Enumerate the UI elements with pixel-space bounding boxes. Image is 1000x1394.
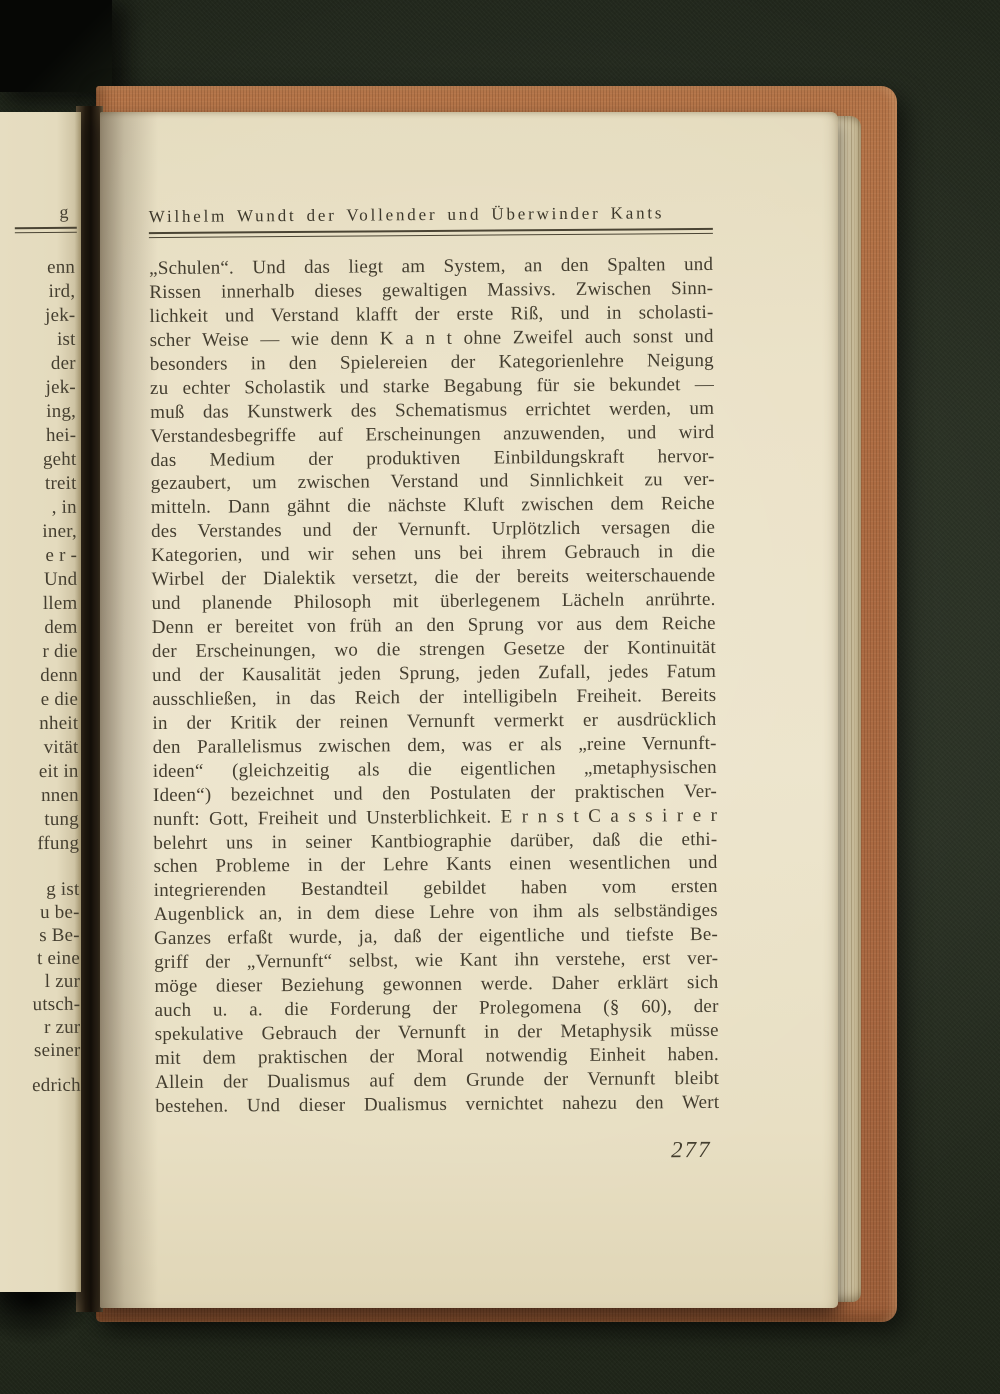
text-line: Verstandesbegriffe auf Erscheinungen anz…: [150, 420, 714, 448]
text-fragment: g ist: [5, 878, 81, 902]
header-double-rule: [149, 228, 713, 238]
text-fragment: iner,: [3, 520, 79, 545]
text-fragment: u be-: [6, 901, 82, 925]
page-number: 277: [156, 1136, 720, 1168]
text-fragment: s Be-: [6, 924, 82, 948]
text-fragment: t eine: [6, 947, 82, 971]
text-fragment: tung: [5, 808, 81, 833]
book-page: Wilhelm Wundt der Vollender und Überwind…: [100, 112, 838, 1308]
facing-fragments-top: ennird,jek-istderjek-ing,hei-gehttreit, …: [1, 256, 81, 857]
facing-page-sliver: g ennird,jek-istderjek-ing,hei-gehttreit…: [0, 112, 81, 1292]
text-fragment: eit in: [5, 760, 81, 785]
text-line: bestehen. Und dieser Dualismus vernichte…: [155, 1091, 719, 1119]
facing-fragments-middle: g istu be-s Be-t einel zurutsch-r zursei…: [5, 878, 82, 1063]
text-fragment: ffung: [5, 832, 81, 857]
text-fragment: , in: [3, 496, 79, 521]
text-fragment: r zur: [6, 1016, 82, 1040]
text-fragment: r die: [4, 640, 80, 665]
text-fragment: nnen: [5, 784, 81, 809]
text-fragment: enn: [1, 256, 77, 281]
text-fragment: ist: [2, 328, 78, 353]
running-header: Wilhelm Wundt der Vollender und Überwind…: [149, 201, 713, 229]
facing-header-fragment: g: [1, 200, 77, 225]
text-line: nunft: Gott, Freiheit und Unsterblichkei…: [153, 803, 717, 831]
text-fragment: dem: [4, 616, 80, 641]
text-fragment: ing,: [2, 400, 78, 425]
text-line: muß das Kunstwerk des Schematismus erric…: [150, 397, 714, 425]
text-fragment: ird,: [1, 280, 77, 305]
facing-fragments-bottom: edrich: [7, 1074, 83, 1099]
text-fragment: denn: [4, 664, 80, 689]
text-line: zu echter Scholastik und starke Begabung…: [150, 373, 714, 401]
text-line: ideen“ (gleichzeitig als die eigentliche…: [153, 756, 717, 784]
facing-page-text: g ennird,jek-istderjek-ing,hei-gehttreit…: [0, 112, 84, 1293]
text-fragment: nheit: [4, 712, 80, 737]
text-fragment: treit: [3, 472, 79, 497]
text-fragment: geht: [2, 448, 78, 473]
facing-header-rule: [15, 227, 77, 233]
text-fragment: jek-: [2, 376, 78, 401]
text-fragment: llem: [3, 592, 79, 617]
text-fragment: seiner: [6, 1039, 82, 1063]
page-content: Wilhelm Wundt der Vollender und Überwind…: [148, 110, 720, 1168]
text-fragment: vität: [4, 736, 80, 761]
text-fragment: der: [2, 352, 78, 377]
text-fragment: hei-: [2, 424, 78, 449]
book-scan-photo: g ennird,jek-istderjek-ing,hei-gehttreit…: [0, 0, 1000, 1394]
text-line: Ideen“) bezeichnet und den Postulaten de…: [153, 780, 717, 808]
text-fragment: Und: [3, 568, 79, 593]
text-fragment: e die: [4, 688, 80, 713]
text-fragment: jek-: [1, 304, 77, 329]
body-text: „Schulen“. Und das liegt am System, an d…: [149, 253, 719, 1119]
spine-shadow-top-left: [0, 0, 112, 92]
text-fragment: edrich: [7, 1074, 83, 1099]
text-fragment: l zur: [6, 970, 82, 994]
text-fragment: utsch-: [6, 993, 82, 1017]
text-fragment: e r -: [3, 544, 79, 569]
